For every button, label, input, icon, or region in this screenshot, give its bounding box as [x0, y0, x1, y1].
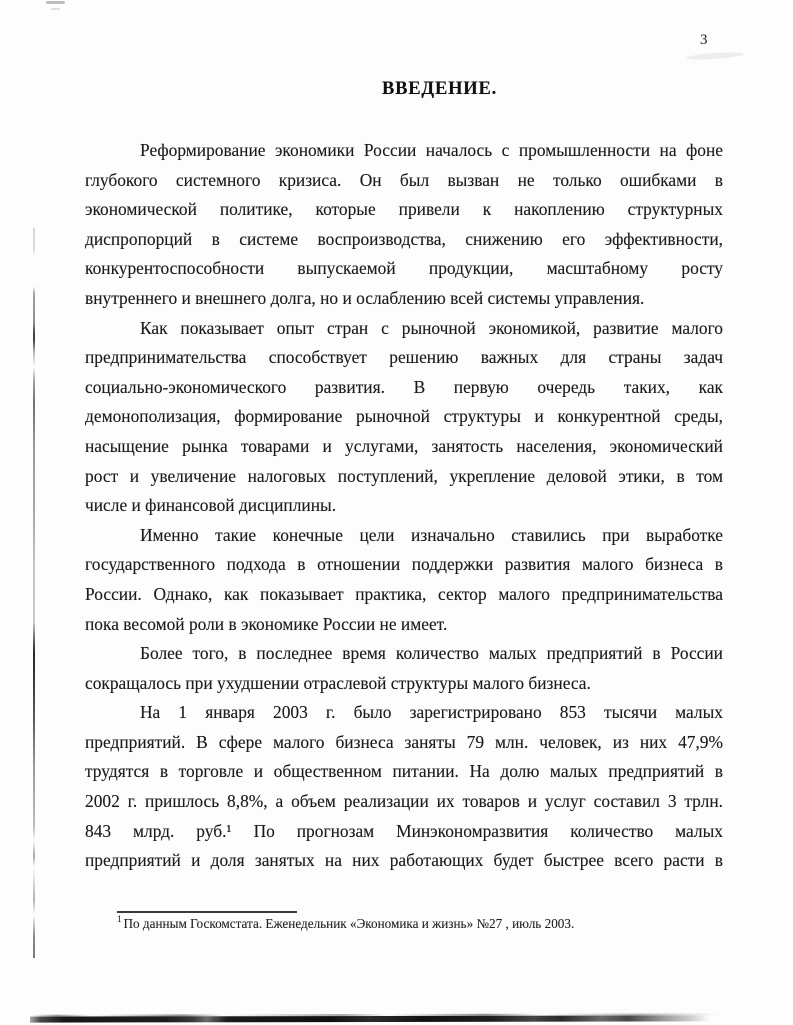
text-line: насыщение рынка товарами и услугами, зан…: [85, 432, 723, 462]
text-line: демонополизация, формирование рыночной с…: [85, 402, 723, 432]
text-line: диспропорций в системе воспроизводства, …: [85, 225, 723, 255]
body-text: Реформирование экономики России началось…: [85, 136, 723, 876]
footnote-text: По данным Госкомстата. Еженедельник «Эко…: [124, 916, 575, 931]
scanned-document-page: 3 ВВЕДЕНИЕ. Реформирование экономики Рос…: [0, 0, 793, 1025]
text-line: предприятий. В сфере малого бизнеса заня…: [85, 728, 723, 758]
scan-band-bottom-edge: [30, 1013, 720, 1016]
text-line: России. Однако, как показывает практика,…: [85, 580, 723, 610]
footnote: 1По данным Госкомстата. Еженедельник «Эк…: [85, 915, 730, 932]
text-line: трудятся в торговле и общественном питан…: [85, 757, 723, 787]
section-title: ВВЕДЕНИЕ.: [382, 79, 497, 100]
text-line: сокращалось при ухудшении отраслевой стр…: [85, 669, 723, 699]
text-line: социально-экономического развития. В пер…: [85, 373, 723, 403]
footnote-marker: 1: [117, 914, 122, 924]
text-line: Именно такие конечные цели изначально ст…: [85, 521, 723, 551]
scan-artifact-top-left: [46, 1, 65, 4]
page-number: 3: [700, 32, 708, 49]
footnote-separator: [117, 911, 297, 913]
scan-artifact-top-left-small: [51, 8, 60, 10]
text-line: предприятий и доля занятых на них работа…: [85, 846, 723, 876]
text-line: государственного подхода в отношении под…: [85, 550, 723, 580]
scan-smudge: [686, 51, 744, 61]
text-line: внутреннего и внешнего долга, но и ослаб…: [85, 284, 723, 314]
text-line: 843 млрд. руб.¹ По прогнозам Минэкономра…: [85, 817, 723, 847]
text-line: числе и финансовой дисциплины.: [85, 491, 723, 521]
text-line: экономической политике, которые привели …: [85, 195, 723, 225]
scan-line-left-margin: [33, 228, 35, 958]
scan-band-bottom: [30, 1015, 710, 1022]
text-line: 2002 г. пришлось 8,8%, а объем реализаци…: [85, 787, 723, 817]
text-line: глубокого системного кризиса. Он был выз…: [85, 166, 723, 196]
text-line: Как показывает опыт стран с рыночной эко…: [85, 314, 723, 344]
text-line: предпринимательства способствует решению…: [85, 343, 723, 373]
text-line: рост и увеличение налоговых поступлений,…: [85, 462, 723, 492]
text-line: конкурентоспособности выпускаемой продук…: [85, 254, 723, 284]
text-line: Более того, в последнее время количество…: [85, 639, 723, 669]
text-line: пока весомой роли в экономике России не …: [85, 610, 723, 640]
text-line: Реформирование экономики России началось…: [85, 136, 723, 166]
text-line: На 1 января 2003 г. было зарегистрирован…: [85, 698, 723, 728]
